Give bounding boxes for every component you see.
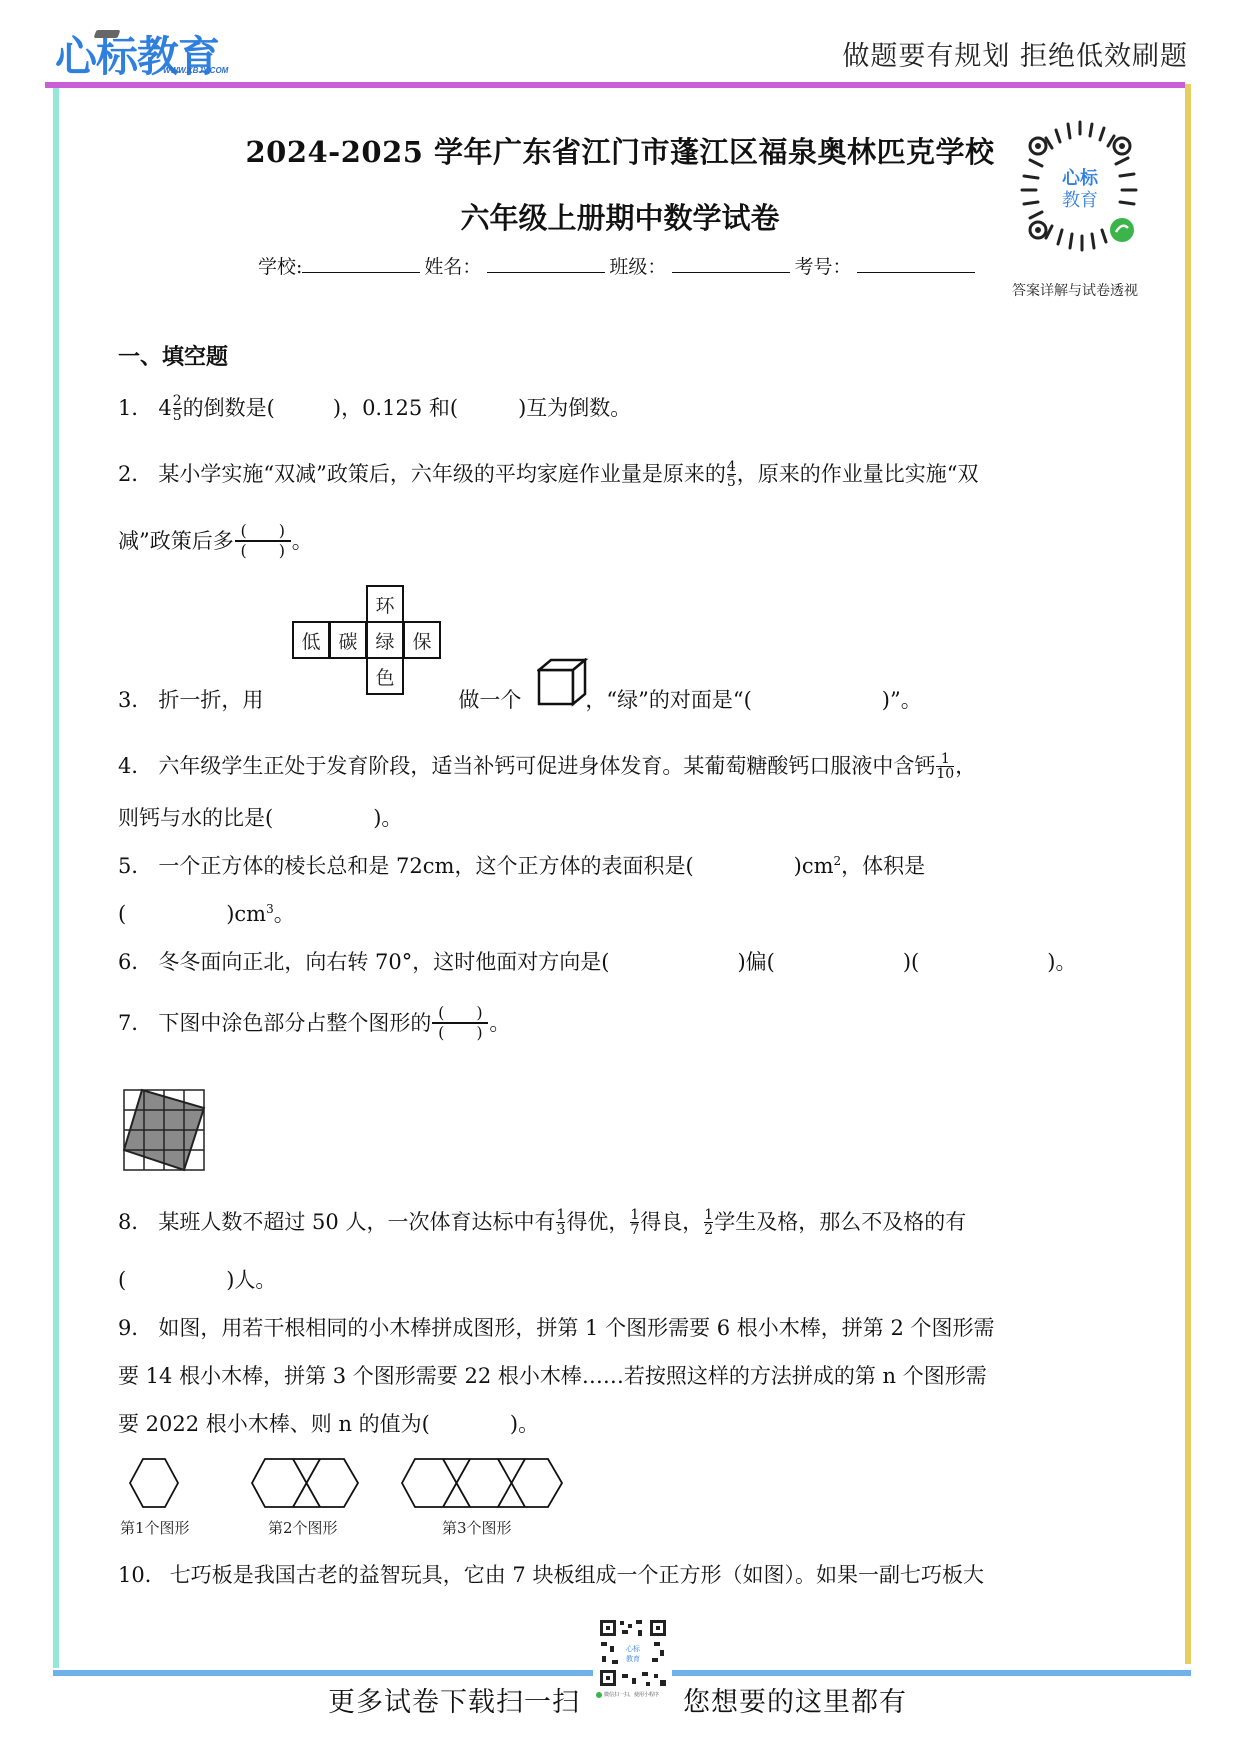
miniprogram-qr-code[interactable]: 心标 教育 <box>1010 118 1150 258</box>
question-8: 8． 某班人数不超过 50 人，一次体育达标中有 13 得优， 17 得良， 1… <box>118 1208 966 1237</box>
qr-caption-text: 微信扫一扫，使用小程序 <box>604 1691 659 1698</box>
class-field[interactable] <box>672 255 790 273</box>
question-text: )cm <box>226 904 266 925</box>
question-text: 某班人数不超过 50 人，一次体育达标中有 <box>158 1212 555 1233</box>
shaded-square-grid-figure <box>122 1088 206 1172</box>
fraction-answer-blank[interactable]: ( )( ) <box>235 522 291 560</box>
question-text: 做一个 <box>458 690 521 711</box>
question-text: 六年级学生正处于发育阶段，适当补钙可促进身体发育。某葡萄糖酸钙口服液中含钙 <box>158 756 935 777</box>
miniprogram-icon <box>596 1692 602 1698</box>
question-10: 10． 七巧板是我国古老的益智玩具，它由 7 块板组成一个正方形（如图）。如果一… <box>118 1565 984 1586</box>
svg-text:教育: 教育 <box>626 1654 640 1663</box>
question-text: 的倒数是( <box>183 398 275 419</box>
exam-number-field[interactable] <box>857 255 975 273</box>
question-text: )人。 <box>226 1270 276 1291</box>
net-cell: 环 <box>366 585 404 623</box>
svg-text:教育: 教育 <box>1062 190 1098 211</box>
question-number: 8． <box>118 1212 152 1233</box>
question-text: )，0.125 和( <box>333 398 458 419</box>
question-number: 4． <box>118 756 152 777</box>
fraction: 45 <box>727 460 736 489</box>
question-6: 6． 冬冬面向正北，向右转 70°，这时他面对方向是( )偏( )( )。 <box>118 952 1076 973</box>
exam-title-line1: 2024-2025 学年广东省江门市蓬江区福泉奥林匹克学校 <box>240 130 1000 171</box>
question-text: 某小学实施“双减”政策后，六年级的平均家庭作业量是原来的 <box>158 464 725 485</box>
question-number: 10． <box>118 1565 166 1586</box>
question-2: 2． 某小学实施“双减”政策后，六年级的平均家庭作业量是原来的 45 ，原来的作… <box>118 460 979 489</box>
question-text: 如图，用若干根相同的小木棒拼成图形，拼第 1 个图形需要 6 根小木棒，拼第 2… <box>158 1318 994 1339</box>
download-qr-code[interactable]: 心标 教育 <box>598 1618 668 1688</box>
exam-number-label: 考号： <box>794 252 851 279</box>
question-text: 。 <box>292 531 313 552</box>
question-number: 3． <box>118 690 152 711</box>
hexagon-sticks-icon <box>118 1455 578 1515</box>
cube-icon <box>537 658 589 708</box>
net-cell: 保 <box>403 621 441 659</box>
svg-text:心标: 心标 <box>1062 167 1099 189</box>
question-text: 要 2022 根小木棒、则 n 的值为( <box>118 1414 430 1435</box>
question-4-cont: 则钙与水的比是( )。 <box>118 808 402 829</box>
exam-title-line2: 六年级上册期中数学试卷 <box>240 196 1000 237</box>
net-cell: 碳 <box>329 621 367 659</box>
fraction: 17 <box>630 1208 639 1237</box>
right-border <box>1185 84 1191 1664</box>
superscript: 3 <box>266 903 274 915</box>
figure-label: 第1个图形 <box>120 1517 190 1538</box>
question-text: )。 <box>1047 952 1076 973</box>
net-cell: 绿 <box>366 621 404 659</box>
question-5-cont: ( )cm 3 。 <box>118 904 295 925</box>
section-title: 一、填空题 <box>118 346 228 368</box>
question-text: ，体积是 <box>841 856 925 877</box>
question-9-line2: 要 14 根小木棒，拼第 3 个图形需要 22 根小木棒……若按照这样的方法拼成… <box>118 1366 987 1387</box>
fraction: 13 <box>556 1208 565 1237</box>
question-number: 9． <box>118 1318 152 1339</box>
qr-pattern-icon: 心标 教育 <box>1010 118 1150 258</box>
fraction: 12 <box>704 1208 713 1237</box>
question-text: )cm <box>794 856 834 877</box>
question-text: 一个正方体的棱长总和是 72cm，这个正方体的表面积是( <box>158 856 693 877</box>
question-text: 。 <box>489 1013 510 1034</box>
question-text: ，“绿”的对面是“( <box>585 690 751 711</box>
question-8-cont: ( )人。 <box>118 1270 276 1291</box>
question-text: 折一折，用 <box>158 690 263 711</box>
question-3: 3． 折一折，用 做一个 ，“绿”的对面是“( )”。 <box>118 690 922 711</box>
hexagon-pattern-figures: 第1个图形 第2个图形 第3个图形 <box>118 1455 578 1519</box>
question-text: 得优， <box>566 1212 629 1233</box>
question-number: 5． <box>118 856 152 877</box>
brand-logo: 心标教育 WWW.XBJY.COM <box>55 30 219 80</box>
top-border <box>45 82 1185 88</box>
footer-right-text: 您想要的这里都有 <box>683 1680 907 1719</box>
class-label: 班级： <box>609 252 666 279</box>
footer-left-text: 更多试卷下载扫一扫 <box>328 1680 580 1719</box>
question-5: 5． 一个正方体的棱长总和是 72cm，这个正方体的表面积是( )cm 2 ，体… <box>118 856 925 877</box>
question-text: )。 <box>510 1414 539 1435</box>
name-label: 姓名： <box>424 252 481 279</box>
school-label: 学校: <box>258 252 302 279</box>
fraction-answer-blank[interactable]: ( )( ) <box>432 1004 488 1042</box>
question-text: 减”政策后多 <box>118 531 234 552</box>
superscript: 2 <box>834 855 842 867</box>
question-1: 1． 4 25 的倒数是( )，0.125 和( )互为倒数。 <box>118 394 631 423</box>
question-text: )偏( <box>737 952 774 973</box>
question-text: ( <box>118 1270 126 1291</box>
logo-url: WWW.XBJY.COM <box>163 66 228 75</box>
left-border <box>53 88 59 1668</box>
qr-caption: 答案详解与试卷透视 <box>1000 280 1150 300</box>
question-text: )( <box>903 952 919 973</box>
question-number: 2． <box>118 464 152 485</box>
student-info-fields: 学校: 姓名： 班级： 考号： <box>258 252 979 279</box>
header-slogan: 做题要有规划 拒绝低效刷题 <box>842 34 1188 73</box>
question-text: )互为倒数。 <box>518 398 631 419</box>
question-4: 4． 六年级学生正处于发育阶段，适当补钙可促进身体发育。某葡萄糖酸钙口服液中含钙… <box>118 752 976 781</box>
question-9-line3: 要 2022 根小木棒、则 n 的值为( )。 <box>118 1414 539 1435</box>
question-text: )”。 <box>882 690 922 711</box>
question-text: 学生及格，那么不及格的有 <box>714 1212 966 1233</box>
question-9: 9． 如图，用若干根相同的小木棒拼成图形，拼第 1 个图形需要 6 根小木棒，拼… <box>118 1318 995 1339</box>
figure-label: 第2个图形 <box>268 1517 338 1538</box>
fraction: 25 <box>173 394 182 423</box>
question-text: 下图中涂色部分占整个图形的 <box>158 1013 431 1034</box>
graduation-cap-icon <box>94 30 121 38</box>
school-field[interactable] <box>302 255 420 273</box>
mixed-number-whole: 4 <box>158 398 171 419</box>
question-text: ，原来的作业量比实施“双 <box>737 464 979 485</box>
fraction: 110 <box>936 752 954 781</box>
question-text: 则钙与水的比是( <box>118 808 273 829</box>
bottom-border-right <box>672 1670 1191 1676</box>
question-text: ， <box>955 756 976 777</box>
question-text: )。 <box>373 808 402 829</box>
question-number: 6． <box>118 952 152 973</box>
bottom-border-left <box>53 1670 593 1676</box>
question-text: ( <box>118 904 126 925</box>
question-2-cont: 减”政策后多 ( )( ) 。 <box>118 522 313 560</box>
question-number: 7． <box>118 1013 152 1034</box>
question-text: 。 <box>274 904 295 925</box>
question-7: 7． 下图中涂色部分占整个图形的 ( )( ) 。 <box>118 1004 510 1042</box>
question-number: 1． <box>118 398 152 419</box>
net-cell: 低 <box>292 621 330 659</box>
cube-net-figure: 环 低 碳 绿 保 色 <box>292 585 448 702</box>
net-cell: 色 <box>366 657 404 695</box>
name-field[interactable] <box>487 255 605 273</box>
figure-label: 第3个图形 <box>442 1517 512 1538</box>
question-text: 七巧板是我国古老的益智玩具，它由 7 块板组成一个正方形（如图）。如果一副七巧板… <box>170 1565 984 1586</box>
svg-text:心标: 心标 <box>626 1644 641 1653</box>
question-text: 冬冬面向正北，向右转 70°，这时他面对方向是( <box>158 952 609 973</box>
download-qr-caption: 微信扫一扫，使用小程序 <box>596 1691 659 1698</box>
question-text: 得良， <box>640 1212 703 1233</box>
